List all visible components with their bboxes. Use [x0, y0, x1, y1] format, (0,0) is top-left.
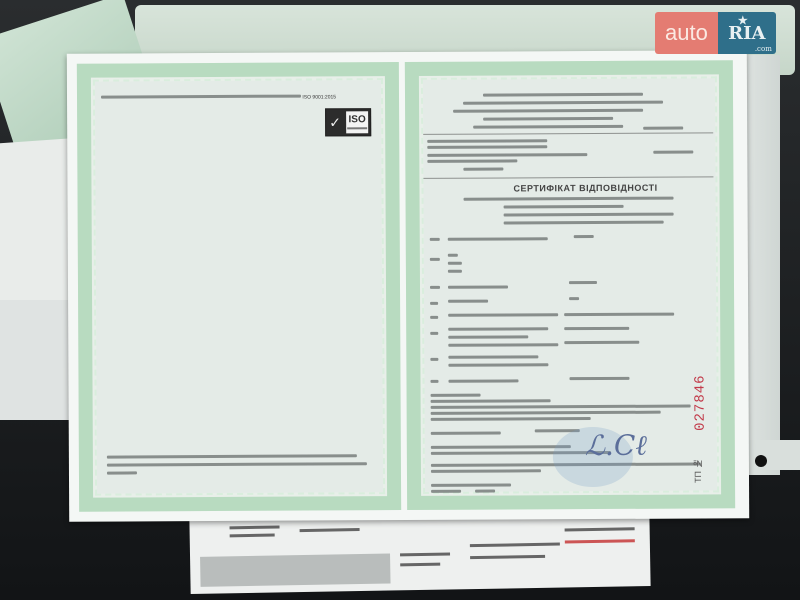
- field-value: [569, 377, 629, 380]
- text-line: [230, 534, 275, 538]
- field-label: [448, 254, 458, 257]
- field-label: [448, 343, 558, 347]
- date-value: [475, 490, 495, 493]
- text-line: [431, 399, 551, 403]
- punch-hole: [755, 455, 767, 467]
- field-label: [448, 285, 508, 288]
- text-line: [643, 127, 683, 130]
- text-line: [464, 197, 674, 201]
- text-line: [453, 109, 643, 113]
- page-body: СЕРТИФІКАТ ВІДПОВІДНОСТІ: [423, 78, 717, 492]
- star-icon: ★: [738, 14, 748, 27]
- text-line: [431, 417, 591, 421]
- text-line: [431, 394, 481, 397]
- field-value: [564, 313, 674, 317]
- text-line: [427, 159, 517, 162]
- field-number: [430, 358, 438, 361]
- field-label: [448, 363, 548, 367]
- field-label: [448, 379, 518, 382]
- text-line: [400, 552, 450, 556]
- certificate-left-page: ISO 9001:2015 ✓ ISO: [77, 62, 401, 512]
- field-label: [448, 335, 528, 338]
- signature: ℒ.Cℓ: [585, 429, 647, 463]
- text-line: [431, 469, 541, 473]
- text-line: [463, 167, 503, 170]
- field-number: [430, 238, 440, 241]
- bottom-document: [189, 511, 650, 594]
- background-document-gray: [0, 300, 75, 420]
- text-line: [427, 153, 587, 157]
- certificate-document: ISO 9001:2015 ✓ ISO: [67, 50, 749, 522]
- field-label: [448, 237, 548, 241]
- autoria-watermark-logo: auto ★ RIA .com: [655, 12, 776, 54]
- text-line: [431, 411, 661, 415]
- text-line-red: [565, 539, 635, 543]
- field-number: [430, 316, 438, 319]
- text-line: [565, 527, 635, 531]
- divider: [423, 132, 713, 135]
- checkmark-icon: ✓: [326, 109, 344, 135]
- field-label: [448, 300, 488, 303]
- text-line: [107, 454, 357, 458]
- field-value: [574, 235, 594, 238]
- text-line: [107, 462, 367, 466]
- field-label: [448, 262, 462, 265]
- field-number: [430, 332, 438, 335]
- logo-ria-block: ★ RIA .com: [718, 12, 776, 54]
- field-label: [448, 327, 548, 331]
- left-page-header: ISO 9001:2015: [101, 94, 336, 101]
- field-value: [569, 281, 597, 284]
- text-line: [427, 145, 547, 149]
- date-label: [431, 490, 461, 493]
- text-line: [431, 405, 691, 409]
- text-line: [483, 117, 613, 121]
- field-label: [448, 313, 558, 317]
- text-line: [463, 101, 663, 105]
- iso-badge: ✓ ISO: [325, 108, 371, 136]
- field-number: [430, 302, 438, 305]
- text-line: [504, 221, 664, 225]
- divider: [423, 176, 713, 179]
- text-line: [470, 555, 545, 559]
- field-value: [569, 297, 579, 300]
- logo-domain-text: .com: [755, 45, 772, 53]
- text-line: [427, 139, 547, 143]
- serial-number-block: 027846 ТП №: [692, 374, 710, 460]
- iso-label: ISO: [348, 115, 365, 125]
- serial-number: 027846: [692, 374, 708, 431]
- text-line: [400, 563, 440, 567]
- text-line: [431, 483, 511, 486]
- text-line: [504, 205, 624, 209]
- text-line: [107, 471, 137, 474]
- page-body: ISO 9001:2015 ✓ ISO: [95, 80, 383, 493]
- field-number: [430, 258, 440, 261]
- bottom-document-shaded-block: [200, 554, 390, 587]
- text-line: [230, 525, 280, 529]
- field-value: [564, 327, 629, 330]
- field-value: [564, 341, 639, 344]
- field-label: [448, 355, 538, 358]
- certificate-title: СЕРТИФІКАТ ВІДПОВІДНОСТІ: [513, 183, 657, 194]
- text-line: [431, 445, 571, 449]
- text-line: [431, 432, 501, 435]
- certificate-right-page: СЕРТИФІКАТ ВІДПОВІДНОСТІ: [405, 60, 735, 510]
- field-number: [430, 380, 438, 383]
- text-line: [653, 151, 693, 154]
- logo-auto-text: auto: [655, 12, 718, 54]
- text-line: [300, 528, 360, 532]
- text-line: [473, 125, 623, 129]
- serial-label: ТП №: [693, 458, 703, 483]
- text-line: [470, 543, 560, 548]
- field-label: [448, 270, 462, 273]
- text-line: [504, 213, 674, 217]
- text-line: [483, 93, 643, 97]
- field-number: [430, 286, 440, 289]
